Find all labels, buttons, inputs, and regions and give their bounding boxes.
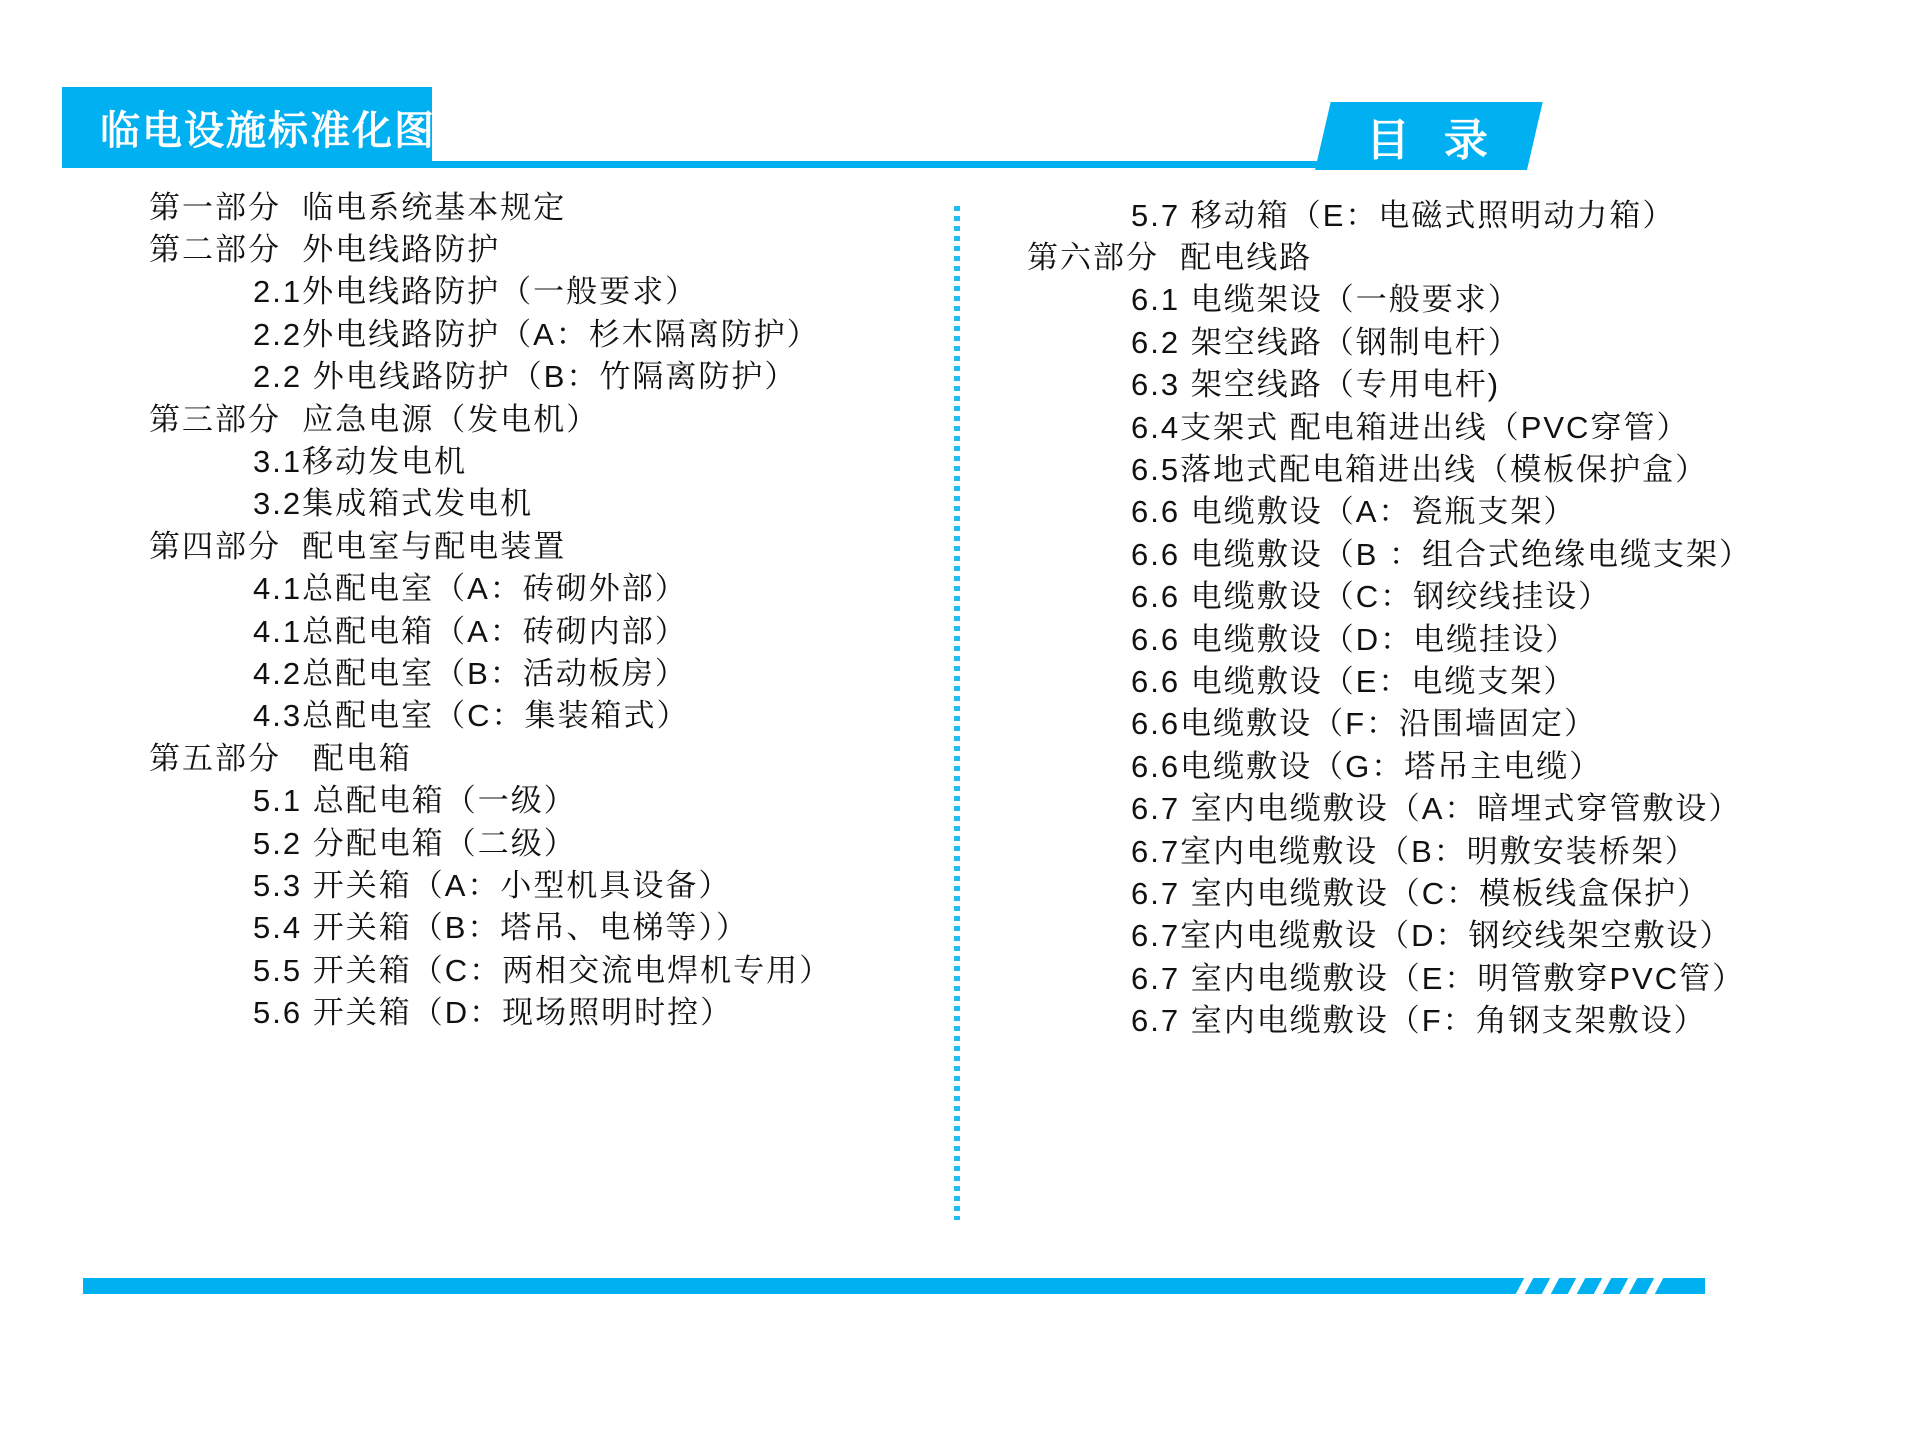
toc-entry-text: 5.1 总配电箱（一级） — [253, 775, 577, 820]
toc-entry: 5.1 总配电箱（一级） — [149, 776, 939, 818]
toc-entry-text: 6.7 室内电缆敷设（F：角钢支架敷设） — [1131, 995, 1707, 1040]
toc-entry-text: 第六部分 配电线路 — [1027, 232, 1312, 277]
toc-entry: 4.1总配电室（A：砖砌外部） — [149, 565, 939, 607]
toc-entry: 6.4支架式 配电箱进出线（PVC穿管） — [1027, 403, 1907, 445]
toc-entry-text: 5.2 分配电箱（二级） — [253, 818, 577, 863]
toc-entry-text: 6.7 室内电缆敷设（E：明管敷穿PVC管） — [1131, 953, 1745, 998]
toc-entry: 5.2 分配电箱（二级） — [149, 819, 939, 861]
toc-entry-text: 6.7 室内电缆敷设（A：暗埋式穿管敷设） — [1131, 783, 1741, 828]
toc-entry: 第三部分 应急电源（发电机） — [149, 395, 939, 437]
stripe-icon — [1620, 1278, 1638, 1294]
stripe-icon — [1594, 1278, 1612, 1294]
toc-entry-text: 3.1移动发电机 — [253, 436, 467, 481]
toc-entry: 第二部分 外电线路防护 — [149, 225, 939, 267]
toc-entry: 第一部分 临电系统基本规定 — [149, 183, 939, 225]
toc-entry-text: 6.1 电缆架设（一般要求） — [1131, 274, 1521, 319]
toc-entry-text: 6.6电缆敷设（G：塔吊主电缆） — [1131, 741, 1602, 786]
header-title-bar: 临电设施标准化图集 — [62, 87, 432, 168]
toc-entry: 6.6 电缆敷设（A：瓷瓶支架） — [1027, 488, 1907, 530]
toc-tab-title: 目 录 — [1366, 104, 1492, 168]
document-page: 临电设施标准化图集 目 录 第一部分 临电系统基本规定 第二部分 外电线路防护 … — [0, 0, 1920, 1440]
toc-entry-text: 6.7室内电缆敷设（D：钢绞线架空敷设） — [1131, 910, 1732, 955]
toc-entry-text: 4.3总配电室（C：集装箱式） — [253, 690, 689, 735]
toc-entry-text: 6.6 电缆敷设（A：瓷瓶支架） — [1131, 486, 1576, 531]
toc-entry: 4.3总配电室（C：集装箱式） — [149, 692, 939, 734]
toc-entry-text: 5.6 开关箱（D：现场照明时控） — [253, 987, 733, 1032]
toc-entry-text: 第三部分 应急电源（发电机） — [149, 394, 599, 439]
toc-entry: 第四部分 配电室与配电装置 — [149, 522, 939, 564]
page-title: 临电设施标准化图集 — [62, 99, 478, 156]
toc-entry: 6.6 电缆敷设（E：电缆支架） — [1027, 657, 1907, 699]
toc-entry-text: 6.6 电缆敷设（B ：组合式绝缘电缆支架） — [1131, 529, 1752, 574]
toc-entry: 6.6 电缆敷设（C：钢绞线挂设） — [1027, 573, 1907, 615]
toc-entry: 3.2集成箱式发电机 — [149, 480, 939, 522]
toc-entry: 第五部分 配电箱 — [149, 734, 939, 776]
toc-entry: 6.6电缆敷设（G：塔吊主电缆） — [1027, 742, 1907, 784]
toc-entry-text: 3.2集成箱式发电机 — [253, 478, 533, 523]
toc-entry: 6.1 电缆架设（一般要求） — [1027, 276, 1907, 318]
toc-entry: 6.7 室内电缆敷设（F：角钢支架敷设） — [1027, 996, 1907, 1038]
toc-entry-text: 6.6 电缆敷设（C：钢绞线挂设） — [1131, 571, 1611, 616]
toc-entry-text: 2.2外电线路防护（A：杉木隔离防护） — [253, 309, 820, 354]
toc-entry-text: 2.1外电线路防护（一般要求） — [253, 266, 698, 311]
toc-entry: 5.3 开关箱（A：小型机具设备） — [149, 861, 939, 903]
toc-entry: 6.2 架空线路（钢制电杆） — [1027, 318, 1907, 360]
toc-left-column: 第一部分 临电系统基本规定 第二部分 外电线路防护 2.1外电线路防护（一般要求… — [149, 183, 939, 1031]
toc-entry: 2.2 外电线路防护（B：竹隔离防护） — [149, 353, 939, 395]
toc-entry-text: 第二部分 外电线路防护 — [149, 224, 500, 269]
toc-entry-text: 4.1总配电室（A：砖砌外部） — [253, 563, 688, 608]
toc-entry: 5.6 开关箱（D：现场照明时控） — [149, 988, 939, 1030]
toc-entry-text: 5.3 开关箱（A：小型机具设备） — [253, 860, 731, 905]
toc-entry-text: 第四部分 配电室与配电装置 — [149, 521, 566, 566]
toc-entry-text: 5.7 移动箱（E：电磁式照明动力箱） — [1131, 190, 1675, 235]
toc-entry: 6.7 室内电缆敷设（A：暗埋式穿管敷设） — [1027, 784, 1907, 826]
toc-entry: 6.6电缆敷设（F：沿围墙固定） — [1027, 700, 1907, 742]
toc-entry: 4.2总配电室（B：活动板房） — [149, 649, 939, 691]
stripe-icon — [1568, 1278, 1586, 1294]
toc-entry: 5.5 开关箱（C：两相交流电焊机专用） — [149, 946, 939, 988]
toc-entry-text: 6.2 架空线路（钢制电杆） — [1131, 317, 1521, 362]
toc-entry: 4.1总配电箱（A：砖砌内部） — [149, 607, 939, 649]
stripe-icon — [1542, 1278, 1560, 1294]
toc-entry: 6.3 架空线路（专用电杆) — [1027, 361, 1907, 403]
toc-entry: 6.7 室内电缆敷设（C：模板线盒保护） — [1027, 869, 1907, 911]
toc-tab: 目 录 — [1315, 102, 1543, 170]
toc-entry-text: 第五部分 配电箱 — [149, 733, 412, 778]
toc-entry: 6.7 室内电缆敷设（E：明管敷穿PVC管） — [1027, 954, 1907, 996]
toc-entry: 6.6 电缆敷设（B ：组合式绝缘电缆支架） — [1027, 530, 1907, 572]
toc-entry-text: 6.7 室内电缆敷设（C：模板线盒保护） — [1131, 868, 1710, 913]
toc-entry-text: 6.6 电缆敷设（D：电缆挂设） — [1131, 614, 1578, 659]
footer-bar — [83, 1278, 1705, 1294]
stripe-icon — [1646, 1278, 1664, 1294]
column-divider — [954, 206, 960, 1220]
toc-right-column: 5.7 移动箱（E：电磁式照明动力箱） 第六部分 配电线路 6.1 电缆架设（一… — [1027, 191, 1907, 1039]
toc-entry: 6.6 电缆敷设（D：电缆挂设） — [1027, 615, 1907, 657]
toc-entry: 5.7 移动箱（E：电磁式照明动力箱） — [1027, 191, 1907, 233]
stripe-icon — [1516, 1278, 1534, 1294]
toc-entry-text: 4.1总配电箱（A：砖砌内部） — [253, 606, 688, 651]
toc-entry-text: 6.5落地式配电箱进出线（模板保护盒） — [1131, 444, 1708, 489]
toc-entry-text: 6.7室内电缆敷设（B：明敷安装桥架） — [1131, 826, 1698, 871]
toc-entry-text: 6.6 电缆敷设（E：电缆支架） — [1131, 656, 1576, 701]
toc-entry-text: 第一部分 临电系统基本规定 — [149, 182, 566, 227]
toc-entry: 6.7室内电缆敷设（B：明敷安装桥架） — [1027, 827, 1907, 869]
toc-entry: 2.1外电线路防护（一般要求） — [149, 268, 939, 310]
toc-entry: 第六部分 配电线路 — [1027, 233, 1907, 275]
toc-entry-text: 2.2 外电线路防护（B：竹隔离防护） — [253, 351, 797, 396]
toc-entry: 6.7室内电缆敷设（D：钢绞线架空敷设） — [1027, 912, 1907, 954]
toc-entry: 6.5落地式配电箱进出线（模板保护盒） — [1027, 445, 1907, 487]
toc-entry: 2.2外电线路防护（A：杉木隔离防护） — [149, 310, 939, 352]
toc-entry-text: 6.3 架空线路（专用电杆) — [1131, 359, 1500, 404]
toc-entry-text: 6.4支架式 配电箱进出线（PVC穿管） — [1131, 402, 1689, 447]
header-rule — [432, 161, 1320, 168]
toc-entry-text: 5.4 开关箱（B：塔吊、电梯等）） — [253, 902, 749, 947]
toc-entry: 3.1移动发电机 — [149, 437, 939, 479]
toc-entry-text: 4.2总配电室（B：活动板房） — [253, 648, 688, 693]
toc-entry-text: 6.6电缆敷设（F：沿围墙固定） — [1131, 698, 1597, 743]
toc-entry: 5.4 开关箱（B：塔吊、电梯等）） — [149, 904, 939, 946]
toc-entry-text: 5.5 开关箱（C：两相交流电焊机专用） — [253, 945, 832, 990]
